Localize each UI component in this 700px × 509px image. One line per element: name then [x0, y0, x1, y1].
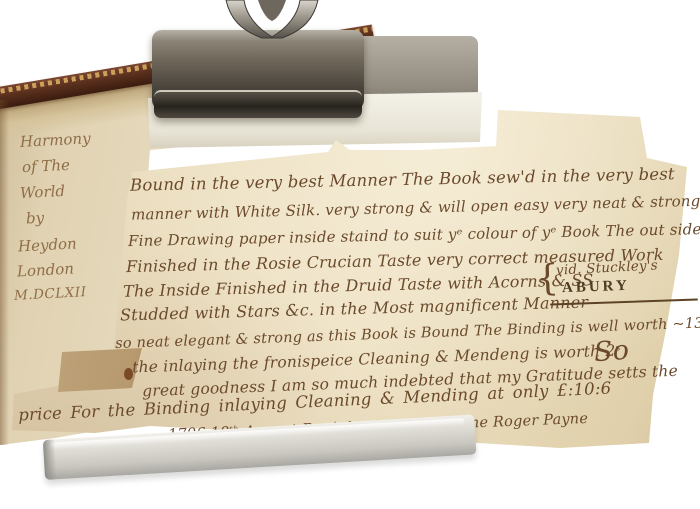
photo-of-manuscript: Harmony of The World by Heydon London M.…	[0, 0, 700, 509]
stand-bar-end	[43, 439, 57, 480]
inscription-line: London	[17, 260, 75, 281]
inscription-line: World	[20, 182, 66, 202]
book-left-shadow	[0, 100, 9, 445]
clip-handle-icon	[216, 0, 328, 42]
binder-clip	[152, 30, 364, 110]
clip-roll	[154, 90, 362, 118]
inscription-line: by	[26, 209, 45, 228]
inscription-line: of The	[22, 156, 71, 176]
stamp-abury: ABURY	[562, 278, 630, 297]
inscription-line: Harmony	[20, 129, 91, 151]
inscription-line: Heydon	[18, 234, 78, 255]
